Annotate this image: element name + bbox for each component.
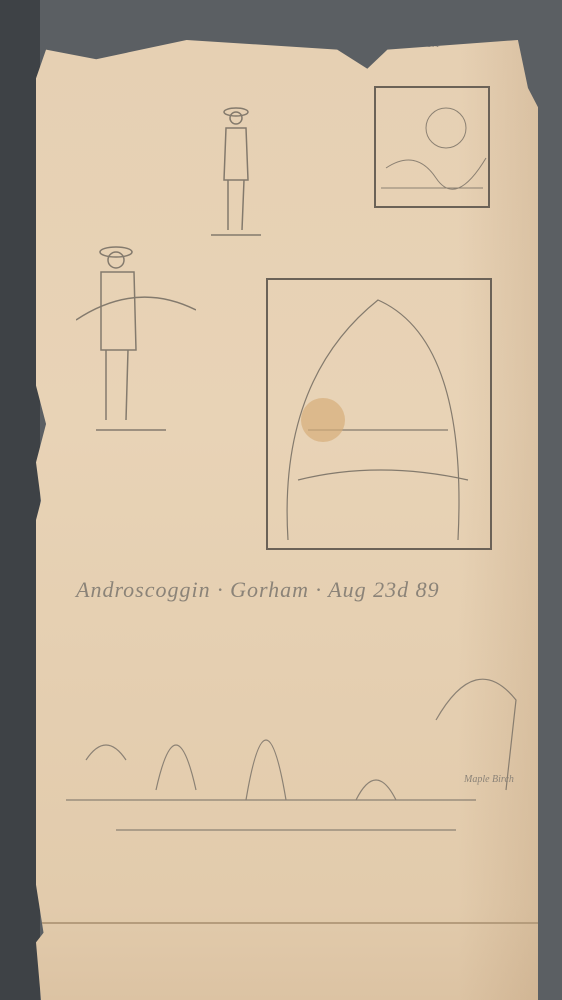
page-fold	[36, 922, 538, 924]
tree-arch-landscape-frame	[266, 278, 492, 550]
side-note: Maple Birch	[464, 774, 514, 785]
accession-number: TL 1958.1	[394, 38, 440, 50]
small-landscape-frame	[374, 86, 490, 208]
figure-with-hat-sketch	[76, 240, 196, 440]
sketchbook-page: TL 1958.1 Androscoggin · Gorham · Aug 23…	[36, 40, 538, 1000]
standing-figure-sketch	[206, 100, 266, 240]
background-shadow	[0, 0, 40, 1000]
riverside-landscape-sketch	[56, 640, 526, 870]
place-date-caption: Androscoggin · Gorham · Aug 23d 89	[76, 577, 440, 603]
